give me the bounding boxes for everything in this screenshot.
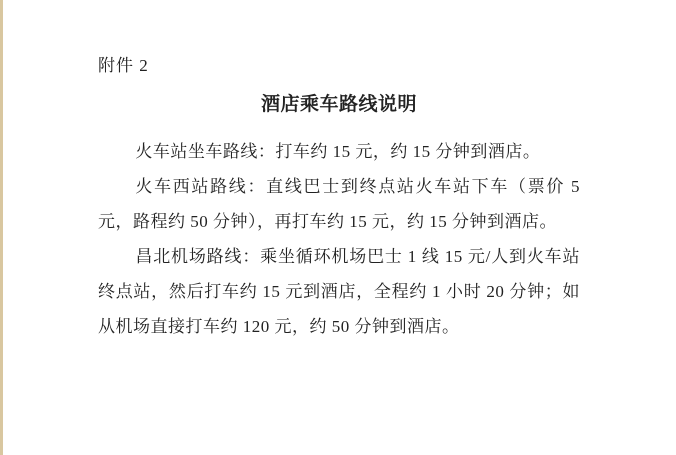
document-page: { "page": { "background_color": "#ffffff… — [0, 0, 676, 455]
route-paragraph-west-station: 火车西站路线：直线巴士到终点站火车站下车（票价 5 元，路程约 50 分钟），再… — [98, 169, 580, 239]
document-title: 酒店乘车路线说明 — [98, 87, 580, 122]
document-content: 附件 2 酒店乘车路线说明 火车站坐车路线：打车约 15 元，约 15 分钟到酒… — [98, 48, 580, 344]
document-body: 火车站坐车路线：打车约 15 元，约 15 分钟到酒店。 火车西站路线：直线巴士… — [98, 134, 580, 344]
page-edge-strip — [0, 0, 3, 455]
route-paragraph-train-station: 火车站坐车路线：打车约 15 元，约 15 分钟到酒店。 — [98, 134, 580, 169]
route-paragraph-airport: 昌北机场路线：乘坐循环机场巴士 1 线 15 元/人到火车站终点站，然后打车约 … — [98, 239, 580, 344]
attachment-label: 附件 2 — [98, 48, 580, 83]
